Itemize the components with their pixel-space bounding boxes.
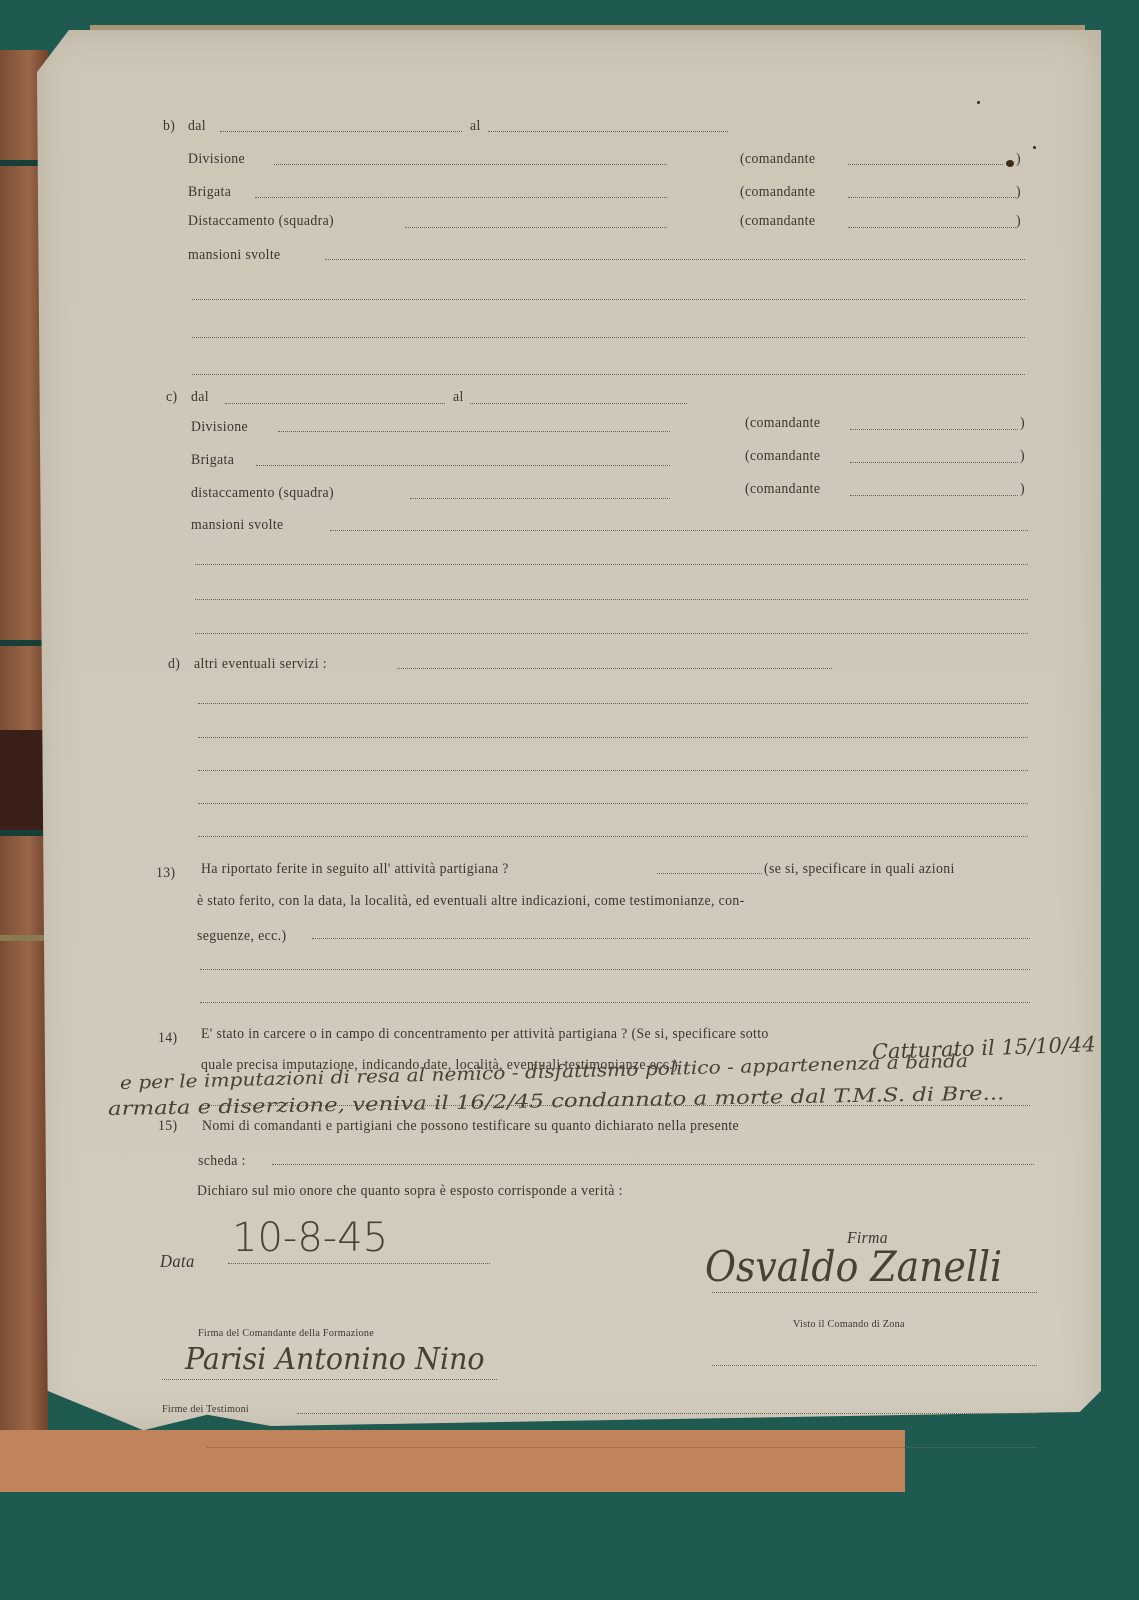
testimoni-field[interactable] [297,1413,1037,1414]
mansioni-line[interactable] [195,633,1028,634]
brigata-label: Brigata [188,184,231,201]
mansioni-label: mansioni svolte [188,247,281,264]
comandante-field[interactable] [848,227,1016,228]
ferite-details-line[interactable] [200,969,1030,970]
firma-field[interactable] [712,1292,1037,1293]
dal-label: dal [188,118,206,135]
comandante-field[interactable] [850,495,1018,496]
testimoni-names-field[interactable] [272,1164,1034,1165]
dal-field[interactable] [225,403,445,404]
paren-close: ) [1020,448,1025,465]
mansioni-line[interactable] [195,564,1028,565]
paren-close: ) [1016,151,1021,168]
question-text: seguenze, ecc.) [197,928,286,945]
divisione-field[interactable] [278,431,670,432]
altri-servizi-line[interactable] [198,703,1028,704]
divider [0,640,48,646]
testimoni-label: Firme dei Testimoni [162,1403,249,1415]
mansioni-field[interactable] [330,530,1028,531]
mansioni-label: mansioni svolte [191,517,284,534]
brigata-label: Brigata [191,452,234,469]
testimoni-line[interactable] [207,1447,1037,1448]
altri-servizi-field[interactable] [397,668,832,669]
question-number: 14) [158,1030,178,1047]
paren-close: ) [1016,213,1021,230]
altri-servizi-line[interactable] [198,836,1028,837]
data-field[interactable] [228,1263,490,1264]
divisione-field[interactable] [274,164,667,165]
section-marker: b) [163,118,175,135]
ink-stain [977,101,980,104]
handwritten-date: 10-8-45 [232,1215,388,1261]
handwritten-signature: Parisi Antonino Nino [185,1342,485,1377]
wooden-support-bottom [0,1430,905,1492]
distaccamento-label: Distaccamento (squadra) [188,213,334,230]
dal-label: dal [191,389,209,406]
question-text: (se si, specificare in quali azioni [764,861,955,878]
question-text: Nomi di comandanti e partigiani che poss… [202,1118,739,1135]
handwritten-signature: Osvaldo Zanelli [705,1242,1002,1291]
comandante-label: (comandante [740,213,815,230]
comandante-label: (comandante [745,481,820,498]
declaration-text: Dichiaro sul mio onore che quanto sopra … [197,1183,623,1200]
question-number: 13) [156,865,176,882]
comandante-label: (comandante [745,448,820,465]
mansioni-line[interactable] [192,337,1025,338]
ink-stain [1033,146,1036,149]
mansioni-line[interactable] [192,374,1025,375]
divisione-label: Divisione [188,151,245,168]
distaccamento-label: distaccamento (squadra) [191,485,334,502]
al-label: al [470,118,481,135]
al-field[interactable] [470,403,687,404]
section-marker: c) [166,389,177,406]
divider [0,830,48,836]
data-label: Data [160,1251,195,1272]
form-page [37,30,1101,1433]
al-field[interactable] [488,131,728,132]
dal-field[interactable] [220,131,462,132]
ink-stain [1006,160,1014,167]
al-label: al [453,389,464,406]
paren-close: ) [1020,481,1025,498]
question-text: E' stato in carcere o in campo di concen… [201,1026,769,1043]
question-text: è stato ferito, con la data, la località… [197,893,745,910]
comandante-field[interactable] [848,197,1016,198]
brigata-field[interactable] [255,197,667,198]
altri-servizi-label: altri eventuali servizi : [194,656,327,673]
divider [0,730,48,830]
paren-close: ) [1016,184,1021,201]
question-text: scheda : [198,1153,246,1170]
paren-close: ) [1020,415,1025,432]
comandante-label: (comandante [745,415,820,432]
comandante-formazione-label: Firma del Comandante della Formazione [198,1327,374,1339]
ferite-details-line[interactable] [200,1002,1030,1003]
ferite-details-field[interactable] [312,938,1030,939]
ferite-answer-field[interactable] [657,873,762,874]
visto-comando-field[interactable] [712,1365,1037,1366]
comandante-field[interactable] [850,462,1018,463]
comandante-field[interactable] [848,164,1003,165]
mansioni-line[interactable] [192,299,1025,300]
question-text: Ha riportato ferite in seguito all' atti… [201,861,509,878]
divisione-label: Divisione [191,419,248,436]
distaccamento-field[interactable] [405,227,667,228]
altri-servizi-line[interactable] [198,803,1028,804]
altri-servizi-line[interactable] [198,737,1028,738]
mansioni-field[interactable] [325,259,1025,260]
distaccamento-field[interactable] [410,498,670,499]
altri-servizi-line[interactable] [198,770,1028,771]
comandante-label: (comandante [740,184,815,201]
comandante-label: (comandante [740,151,815,168]
section-marker: d) [168,656,180,673]
comandante-formazione-field[interactable] [162,1379,497,1380]
visto-comando-label: Visto il Comando di Zona [793,1318,905,1330]
question-number: 15) [158,1118,178,1135]
divider [0,935,48,941]
brigata-field[interactable] [256,465,670,466]
comandante-field[interactable] [850,429,1018,430]
mansioni-line[interactable] [195,599,1028,600]
